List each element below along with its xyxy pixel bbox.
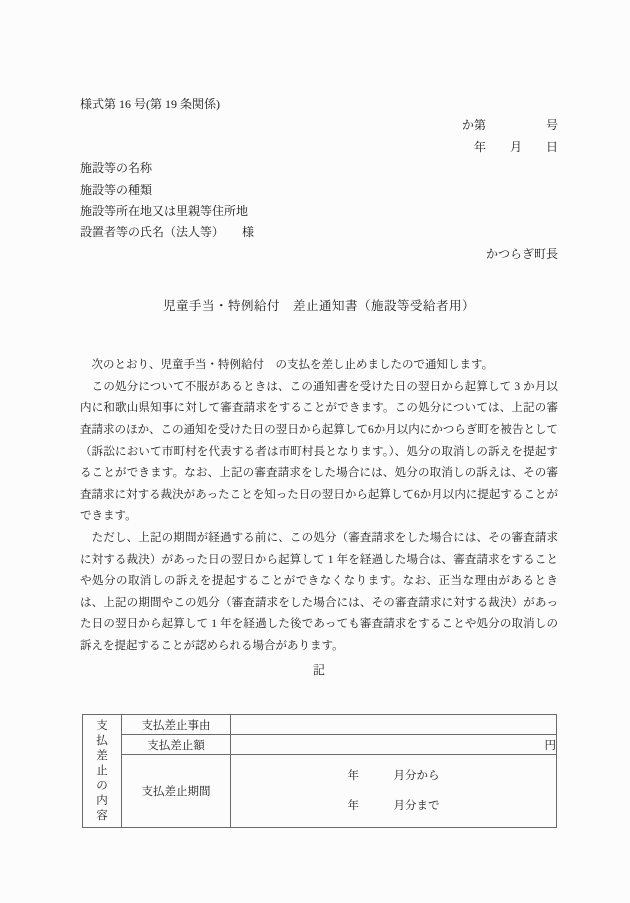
- addressee-line: 設置者等の氏名（法人等） 様: [80, 222, 558, 243]
- period-label-cell: 支払差止期間: [122, 755, 231, 828]
- suspension-table: 支 払 差 止 の 内 容 支払差止事由 支払差止額 円 支払差止期間 年 月分…: [82, 714, 557, 828]
- reason-label-cell: 支払差止事由: [122, 715, 231, 735]
- reason-value-cell: [231, 715, 557, 735]
- body-text: 次のとおり、児童手当・特例給付 の支払を差し止めましたので通知します。 この処分…: [80, 355, 558, 657]
- period-to-line: 年 月分まで: [231, 800, 556, 812]
- date-line: 年 月 日: [80, 137, 558, 158]
- amount-label-cell: 支払差止額: [122, 735, 231, 755]
- section-marker: 記: [80, 660, 558, 682]
- body-paragraph-1: 次のとおり、児童手当・特例給付 の支払を差し止めましたので通知します。: [80, 355, 558, 377]
- document-content: 様式第 16 号(第 19 条関係) か第 号 年 月 日 施設等の名称 施設等…: [80, 94, 558, 828]
- table-side-header: 支 払 差 止 の 内 容: [83, 715, 122, 828]
- document-title: 児童手当・特例給付 差止通知書（施設等受給者用）: [80, 298, 558, 314]
- period-value-cell: 年 月分から 年 月分まで: [231, 755, 557, 828]
- table-row: 支払差止期間 年 月分から 年 月分まで: [83, 755, 557, 828]
- suspension-table-wrap: 支 払 差 止 の 内 容 支払差止事由 支払差止額 円 支払差止期間 年 月分…: [82, 714, 558, 828]
- amount-value-cell: 円: [231, 735, 557, 755]
- facility-address-line: 施設等所在地又は里親等住所地: [80, 201, 558, 222]
- document-page: 様式第 16 号(第 19 条関係) か第 号 年 月 日 施設等の名称 施設等…: [0, 0, 630, 903]
- body-paragraph-3: ただし、上記の期間が経過する前に、この処分（審査請求をした場合には、その審査請求…: [80, 528, 558, 658]
- form-number: 様式第 16 号(第 19 条関係): [80, 94, 558, 115]
- facility-name-line: 施設等の名称: [80, 158, 558, 179]
- body-paragraph-2: この処分について不服があるときは、この通知書を受けた日の翌日から起算して 3 か…: [80, 377, 558, 528]
- table-row: 支 払 差 止 の 内 容 支払差止事由: [83, 715, 557, 735]
- period-from-line: 年 月分から: [231, 770, 556, 782]
- facility-type-line: 施設等の種類: [80, 180, 558, 201]
- reference-number-line: か第 号: [80, 115, 558, 136]
- issuer-line: かつらぎ町長: [80, 244, 558, 265]
- table-row: 支払差止額 円: [83, 735, 557, 755]
- amount-unit: 円: [545, 740, 557, 752]
